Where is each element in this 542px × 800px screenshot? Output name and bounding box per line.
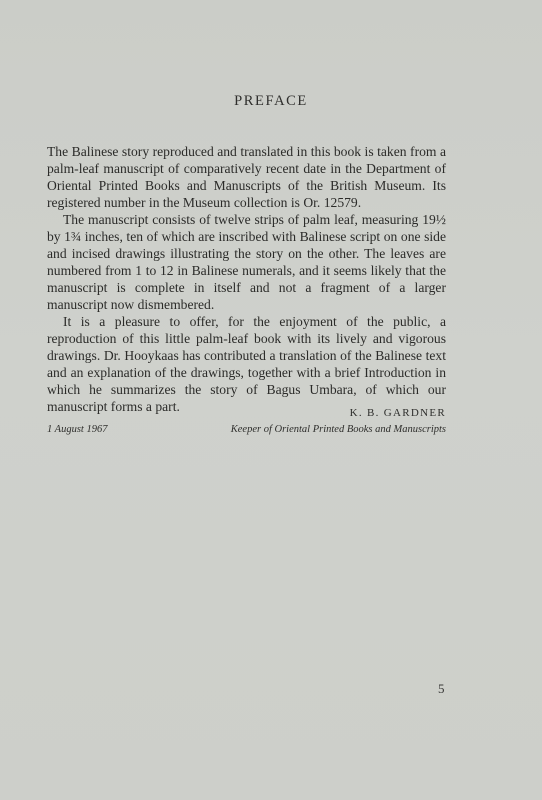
page-title: PREFACE [0, 93, 542, 110]
paragraph-1: The Balinese story reproduced and transl… [47, 143, 446, 211]
page-number: 5 [438, 681, 445, 697]
preface-body: The Balinese story reproduced and transl… [47, 143, 446, 415]
signature-role: Keeper of Oriental Printed Books and Man… [231, 424, 446, 435]
book-page: PREFACE The Balinese story reproduced an… [0, 0, 542, 800]
paragraph-3: It is a pleasure to offer, for the enjoy… [47, 313, 446, 415]
date: 1 August 1967 [47, 424, 107, 435]
signature-name: K. B. GARDNER [350, 407, 446, 419]
paragraph-2: The manuscript consists of twelve strips… [47, 211, 446, 313]
